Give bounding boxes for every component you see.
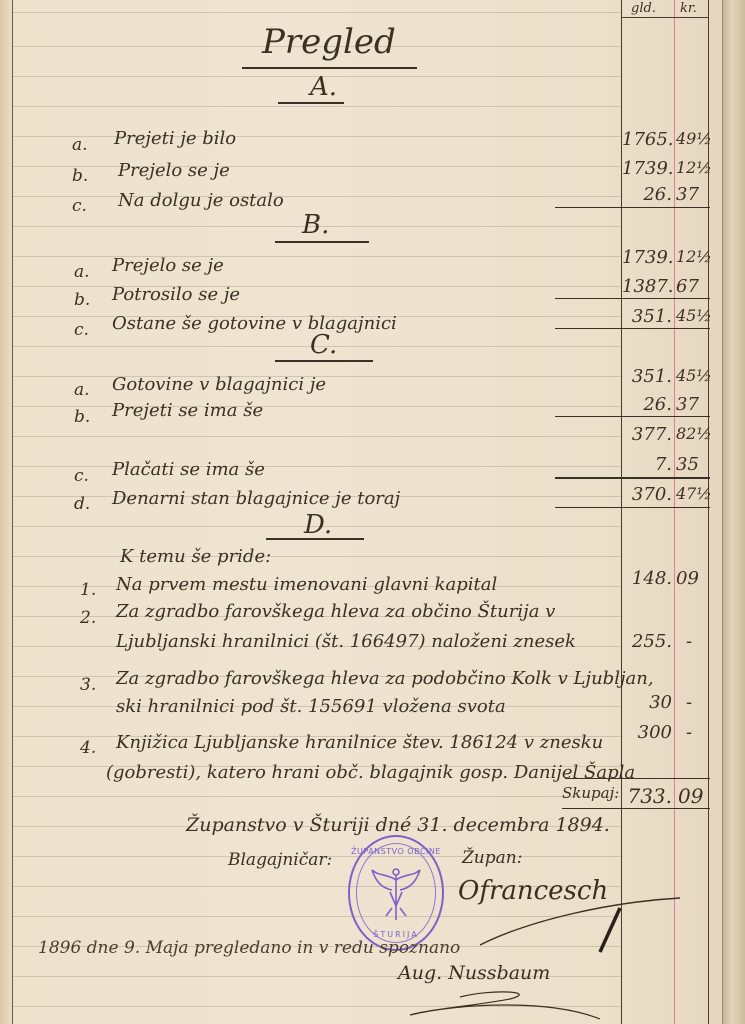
reviewer-flourish-icon [400,985,610,1021]
row-text: Na prvem mestu imenovani glavni kapital [116,574,497,595]
page-title: Pregled [262,22,396,62]
amount-gld: 351. [622,366,672,387]
row-label: c. [74,320,89,340]
section-heading-b: B. [302,210,329,240]
row-label: 2. [80,608,96,628]
row-label: b. [72,166,88,186]
column-header-kr: kr. [680,1,697,16]
left-margin-line [12,0,13,1024]
page-edge [722,0,745,1024]
row-text-continued: ski hranilnici pod št. 155691 vložena sv… [116,696,506,717]
subtotal-rule [555,298,710,299]
row-label: c. [72,196,87,216]
amount-gld: 1739. [622,158,672,179]
total-rule-top [565,778,710,779]
stamp-inner-ring [356,843,436,943]
amount-kr: 67 [676,276,699,297]
amount-kr: 49½ [676,129,712,148]
amount-gld: 1765. [622,129,672,150]
row-text: Knjižica Ljubljanske hranilnice štev. 18… [116,732,603,753]
row-text: Za zgradbo farovškega hleva za občino Št… [116,601,555,622]
amount-gld: 26. [622,184,672,205]
signature-flourish-icon [470,890,690,960]
amount-gld: 26. [622,394,672,415]
column-header-rule [621,17,709,18]
total-gld: 733. [622,784,672,808]
row-text: Denarni stan blagajnice je toraj [112,488,400,509]
subtotal-rule [555,416,710,417]
row-label: 3. [80,675,96,695]
amount-column-right-border [708,0,709,1024]
mayor-label: Župan: [462,848,522,868]
amount-kr: 37 [676,184,699,205]
amount-gld: 1739. [622,247,672,268]
row-label: 1. [80,580,96,600]
document-page: gld. kr. Pregled A. a. Prejeti je bilo 1… [0,0,745,1024]
section-heading-c: C. [310,330,337,360]
row-label: a. [74,262,90,282]
review-note: 1896 dne 9. Maja pregledano in v redu sp… [38,938,460,958]
amount-gld: 148. [622,568,672,589]
subtotal-rule [555,328,710,329]
amount-kr: 37 [676,394,699,415]
amount-gld: 370. [622,484,672,505]
row-label: 4. [80,738,96,758]
row-text: Gotovine v blagajnici je [112,374,326,395]
row-text: Prejeti je bilo [114,128,236,149]
municipal-stamp: ŽUPANSTVO OBČINE ŠTURIJA [348,835,444,951]
amount-gld: 377. [622,424,672,445]
amount-gld: 300 [622,722,672,743]
place-and-date: Županstvo v Šturiji dné 31. decembra 189… [186,814,610,836]
amount-gld: 255. [622,631,672,652]
row-text: Za zgradbo farovškega hleva za podobčino… [116,668,654,689]
row-label: d. [74,494,90,514]
row-label: b. [74,290,90,310]
amount-column-divider [621,0,622,1024]
column-header-gld: gld. [631,1,656,16]
amount-gld: 30 [622,692,672,713]
section-c-underline [275,360,373,362]
row-label: b. [74,407,90,427]
row-text-continued: (gobresti), katero hrani obč. blagajnik … [106,762,635,783]
amount-kr: - [686,692,692,713]
row-label: c. [74,466,89,486]
amount-gld: 1387. [622,276,672,297]
amount-kr: 12½ [676,158,712,177]
amount-kr: 82½ [676,424,712,443]
row-text-continued: Ljubljanski hranilnici (št. 166497) nalo… [116,631,576,652]
row-text: Prejelo se je [118,160,230,181]
section-b-underline [275,241,369,243]
amount-kr: 12½ [676,247,712,266]
amount-kr: - [686,722,692,743]
section-d-intro: K temu še pride: [120,546,271,567]
subtotal-rule [555,507,710,508]
row-text: Plačati se ima še [112,459,265,480]
amount-kr: 45½ [676,366,712,385]
total-kr: 09 [678,784,703,808]
row-text: Ostane še gotovine v blagajnici [112,313,397,334]
row-label: a. [72,135,88,155]
section-heading-d: D. [304,510,332,540]
title-underline [242,67,417,69]
amount-kr: 35 [676,454,699,475]
row-label: a. [74,380,90,400]
subtotal-rule [555,477,710,479]
cashier-label: Blagajničar: [228,850,332,870]
section-a-underline [278,102,344,104]
red-kreuzer-divider [674,0,675,1024]
subtotal-rule [555,207,710,208]
row-text: Na dolgu je ostalo [118,190,284,211]
row-text: Prejeti se ima še [112,400,263,421]
amount-kr: - [686,631,692,652]
amount-kr: 47½ [676,484,712,503]
total-label: Skupaj: [562,784,619,802]
amount-kr: 45½ [676,306,712,325]
amount-gld: 351. [622,306,672,327]
section-heading-a: A. [310,72,337,102]
section-d-underline [266,538,364,540]
row-text: Potrosilo se je [112,284,240,305]
total-rule-bottom [562,808,710,809]
row-text: Prejelo se je [112,255,224,276]
amount-gld: 7. [622,454,672,475]
reviewer-signature: Aug. Nussbaum [398,962,550,984]
amount-kr: 09 [676,568,699,589]
stamp-top-text: ŽUPANSTVO OBČINE [350,847,442,856]
